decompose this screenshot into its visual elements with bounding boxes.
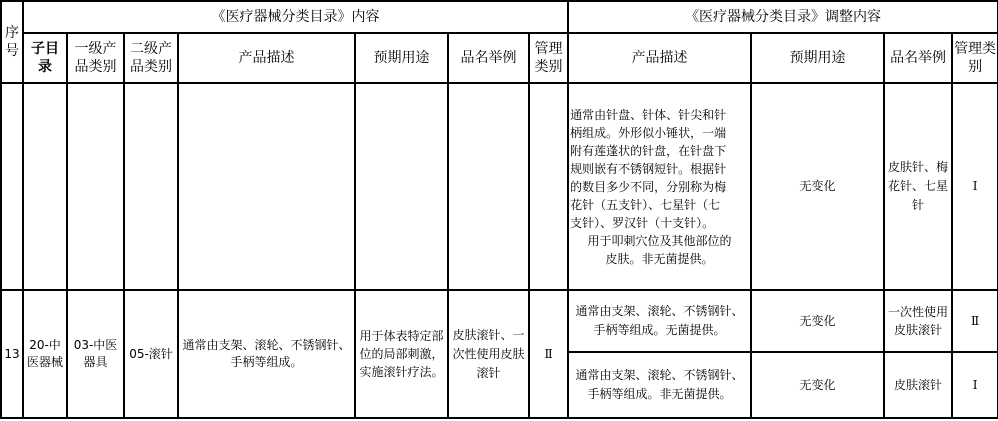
header-adj-intended-use: 预期用途 <box>751 33 884 83</box>
header-intended-use: 预期用途 <box>355 33 448 83</box>
cell-level1: 03-中医器具 <box>67 290 124 418</box>
cell-intended-use: 用于体表特定部位的局部刺激，实施滚针疗法。 <box>355 290 448 418</box>
header-level2: 二级产品类别 <box>124 33 178 83</box>
cell-adj-mgmt-class: Ⅰ <box>952 352 998 418</box>
cell-seq <box>1 83 23 290</box>
cell-examples <box>448 83 529 290</box>
header-examples: 品名举例 <box>448 33 529 83</box>
desc-line: 通常由针盘、针体、针尖和针 <box>570 106 749 124</box>
header-level1: 一级产品类别 <box>67 33 124 83</box>
header-adj-examples: 品名举例 <box>884 33 952 83</box>
cell-level1 <box>67 83 124 290</box>
desc-line: 支针）、罗汉针（十支针）。 <box>570 214 749 232</box>
classification-adjustment-table: 序号 《医疗器械分类目录》内容 《医疗器械分类目录》调整内容 子目录 一级产品类… <box>0 0 998 419</box>
cell-mgmt-class <box>529 83 568 290</box>
cell-adj-description: 通常由支架、滚轮、不锈钢针、手柄等组成。无菌提供。 <box>568 290 751 352</box>
cell-adj-examples: 皮肤滚针 <box>884 352 952 418</box>
cell-adj-description: 通常由支架、滚轮、不锈钢针、手柄等组成。非无菌提供。 <box>568 352 751 418</box>
cell-adj-intended-use: 无变化 <box>751 290 884 352</box>
desc-line: 皮肤。非无菌提供。 <box>570 250 749 268</box>
cell-mgmt-class: Ⅱ <box>529 290 568 418</box>
cell-level2: 05-滚针 <box>124 290 178 418</box>
cell-seq: 13 <box>1 290 23 418</box>
cell-adj-mgmt-class: Ⅱ <box>952 290 998 352</box>
cell-adj-intended-use: 无变化 <box>751 352 884 418</box>
cell-examples: 皮肤滚针、一次性使用皮肤滚针 <box>448 290 529 418</box>
header-adj-description: 产品描述 <box>568 33 751 83</box>
desc-line: 花针（五支针）、七星针（七 <box>570 196 749 214</box>
cell-description <box>178 83 355 290</box>
desc-line: 规则嵌有不锈钢短针。根据针 <box>570 160 749 178</box>
cell-adj-description: 通常由针盘、针体、针尖和针 柄组成。外形似小锤状，一端 附有莲蓬状的针盘，在针盘… <box>568 83 751 290</box>
desc-line: 附有莲蓬状的针盘，在针盘下 <box>570 142 749 160</box>
cell-intended-use <box>355 83 448 290</box>
desc-line: 柄组成。外形似小锤状，一端 <box>570 124 749 142</box>
cell-adj-mgmt-class: Ⅰ <box>952 83 998 290</box>
table-row: 通常由针盘、针体、针尖和针 柄组成。外形似小锤状，一端 附有莲蓬状的针盘，在针盘… <box>1 83 998 290</box>
header-adjusted-content: 《医疗器械分类目录》调整内容 <box>568 1 998 33</box>
header-mgmt-class: 管理类别 <box>529 33 568 83</box>
cell-level2 <box>124 83 178 290</box>
header-original-content: 《医疗器械分类目录》内容 <box>23 1 568 33</box>
cell-adj-intended-use: 无变化 <box>751 83 884 290</box>
header-seq: 序号 <box>1 1 23 83</box>
cell-description: 通常由支架、滚轮、不锈钢针、手柄等组成。 <box>178 290 355 418</box>
cell-sub-catalog <box>23 83 67 290</box>
header-description: 产品描述 <box>178 33 355 83</box>
cell-adj-examples: 皮肤针、梅花针、七星针 <box>884 83 952 290</box>
desc-line: 的数目多少不同，分别称为梅 <box>570 178 749 196</box>
column-header-row: 子目录 一级产品类别 二级产品类别 产品描述 预期用途 品名举例 管理类别 产品… <box>1 33 998 83</box>
cell-adj-examples: 一次性使用皮肤滚针 <box>884 290 952 352</box>
desc-line: 用于叩刺穴位及其他部位的 <box>570 232 749 250</box>
header-adj-mgmt-class: 管理类别 <box>952 33 998 83</box>
table-row: 13 20-中医器械 03-中医器具 05-滚针 通常由支架、滚轮、不锈钢针、手… <box>1 290 998 352</box>
header-sub-catalog: 子目录 <box>23 33 67 83</box>
cell-sub-catalog: 20-中医器械 <box>23 290 67 418</box>
group-header-row: 序号 《医疗器械分类目录》内容 《医疗器械分类目录》调整内容 <box>1 1 998 33</box>
